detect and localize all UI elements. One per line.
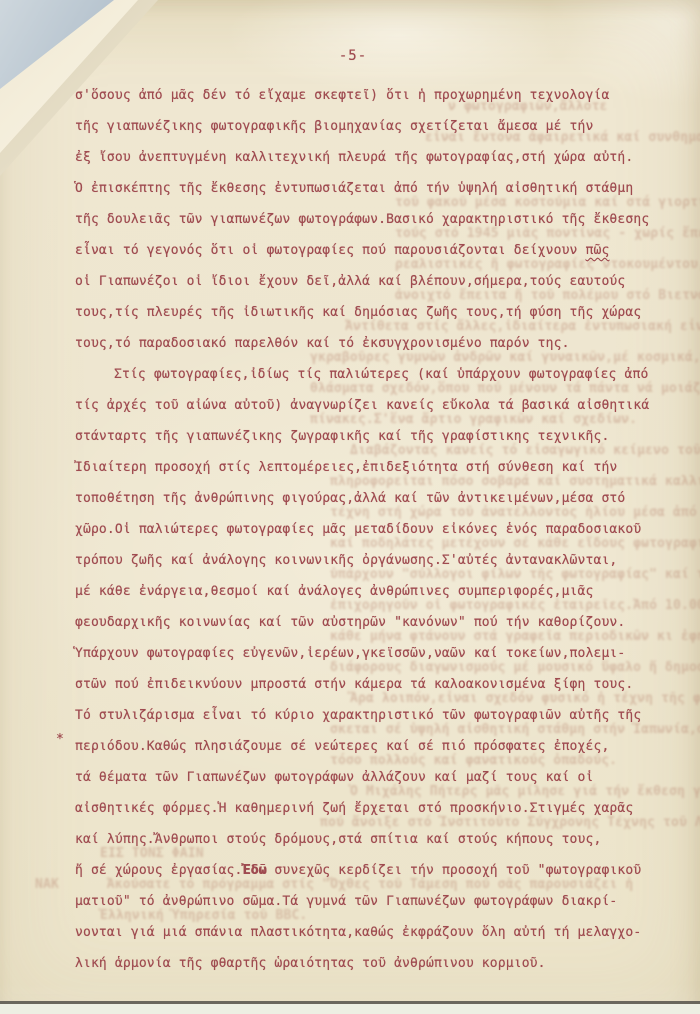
margin-asterisk: * [56, 732, 64, 747]
document-body-text: σ'ὅσους ἀπό μᾶς δέν τό εἴχαμε σκεφτεῖ) ὅ… [75, 80, 687, 979]
text-line: καί λύπης.Ἄνθρωποι στούς δρόμους,στά σπί… [75, 824, 687, 855]
text-line: Στίς φωτογραφίες,ἰδίως τίς παλιώτερες (κ… [75, 359, 687, 390]
text-line: φεουδαρχικῆς κοινωνίας καί τῶν αὐστηρῶν … [75, 607, 687, 638]
text-line: σ'ὅσους ἀπό μᾶς δέν τό εἴχαμε σκεφτεῖ) ὅ… [75, 80, 687, 111]
text-line: οἱ Γιαπωνέζοι οἱ ἴδιοι ἔχουν δεῖ,ἀλλά κα… [75, 266, 687, 297]
text-line: στῶν πού ἐπιδεικνύουν μπροστά στήν κάμερ… [75, 669, 687, 700]
text-line: Ἰδιαίτερη προσοχή στίς λεπτομέρειες,ἐπιδ… [75, 452, 687, 483]
text-line: Τό στυλιζάρισμα εἶναι τό κύριο χαρακτηρι… [75, 700, 687, 731]
text-line: λική ἁρμονία τῆς φθαρτῆς ὡραιότητας τοῦ … [75, 948, 687, 979]
text-line: τοποθέτηση τῆς ἀνθρώπινης φιγούρας,ἀλλά … [75, 483, 687, 514]
page-bottom-edge [0, 1001, 700, 1004]
text-line: τους,τό παραδοσιακό παρελθόν καί τό ἐκσυ… [75, 328, 687, 359]
text-line: στάνταρτς τῆς γιαπωνέζικης ζωγραφικῆς κα… [75, 421, 687, 452]
text-line: τά θέματα τῶν Γιαπωνέζων φωτογράφων ἀλλά… [75, 762, 687, 793]
text-line: ματιοῦ" τό ἀνθρώπινο σῶμα.Τά γυμνά τῶν Γ… [75, 886, 687, 917]
text-line: Ὑπάρχουν φωτογραφίες εὐγενῶν,ἱερέων,γκεϊ… [75, 638, 687, 669]
page-number: -5- [0, 48, 700, 64]
scanned-page: ν φωτογραφιῶν,ἄλλοτεεἶναι ἔντονα ἀφαιρετ… [0, 0, 700, 1014]
scan-background-bottom [0, 1004, 700, 1014]
text-line: μέ κάθε ἐνάργεια,θεσμοί καί ἀνάλογες ἀνθ… [75, 576, 687, 607]
text-line: αἰσθητικές φόρμες.Ἡ καθημερινή ζωή ἔρχετ… [75, 793, 687, 824]
text-line: ἤ σέ χώρους ἐργασίας.Ἐδῶ συνεχῶς κερδίζε… [75, 855, 687, 886]
text-line: τους,τίς πλευρές τῆς ἰδιωτικῆς καί δημόσ… [75, 297, 687, 328]
text-line: περιόδου.Καθώς πλησιάζουμε σέ νεώτερες κ… [75, 731, 687, 762]
text-line: τῆς γιαπωνέζικης φωτογραφικῆς βιομηχανία… [75, 111, 687, 142]
text-line: εἶναι τό γεγονός ὅτι οἱ φωτογραφίες πού … [75, 235, 687, 266]
text-line: χῶρο.Οἱ παλιώτερες φωτογραφίες μᾶς μεταδ… [75, 514, 687, 545]
text-line: τῆς δουλειᾶς τῶν γιαπωνέζων φωτογράφων.Β… [75, 204, 687, 235]
text-line: τίς ἀρχές τοῦ αἰώνα αὐτοῦ) ἀναγνωρίζει κ… [75, 390, 687, 421]
text-line: Ὁ ἐπισκέπτης τῆς ἔκθεσης ἐντυπωσιάζεται … [75, 173, 687, 204]
text-line: τρόπου ζωῆς καί ἀνάλογης κοινωνικῆς ὀργά… [75, 545, 687, 576]
text-line: νονται γιά μιά σπάνια πλαστικότητα,καθώς… [75, 917, 687, 948]
text-line: ἐξ ἴσου ἀνεπτυγμένη καλλιτεχνική πλευρά … [75, 142, 687, 173]
